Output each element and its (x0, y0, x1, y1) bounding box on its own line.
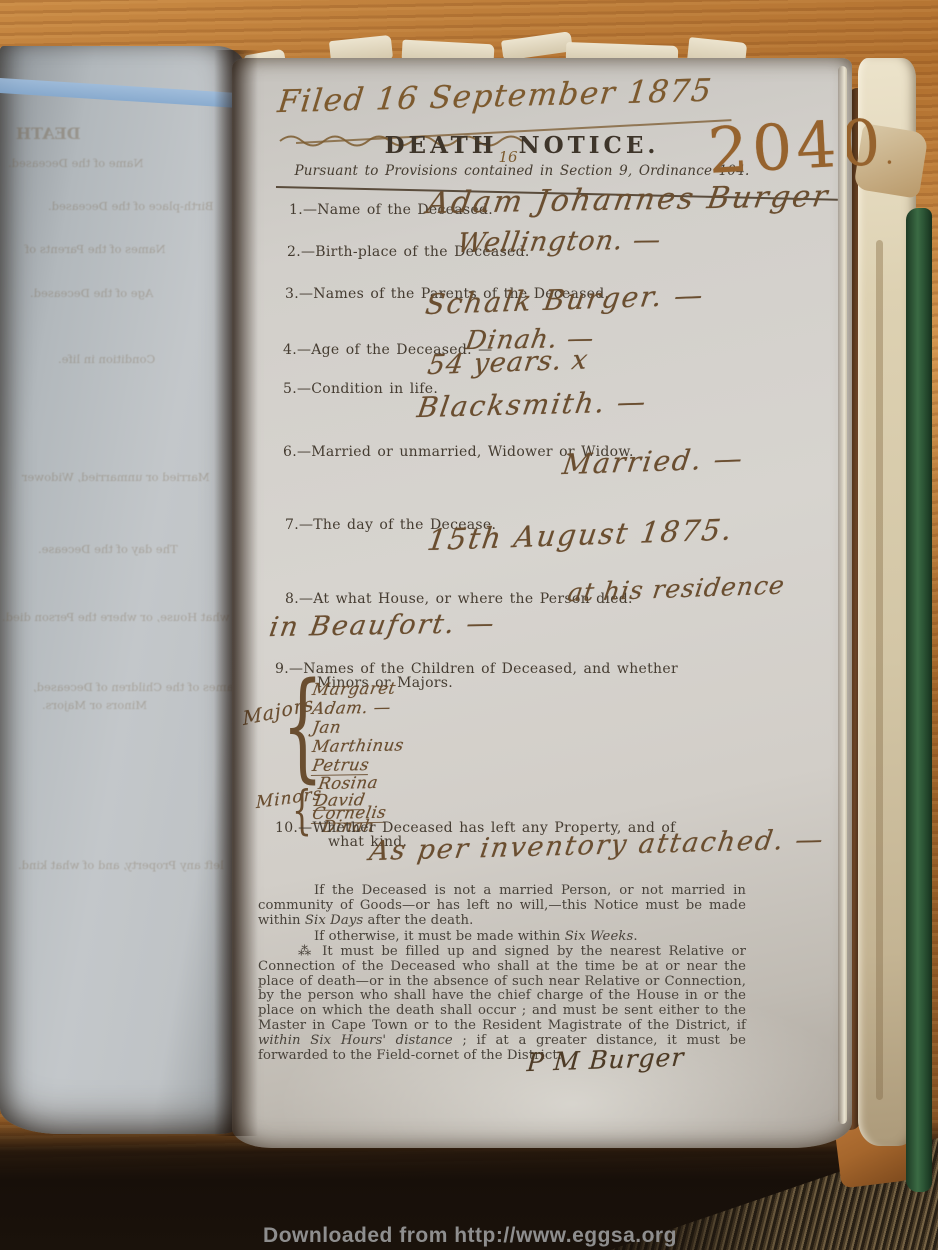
torn-edge-streak (876, 240, 883, 1100)
item5-label: 5.—Condition in life. (283, 381, 438, 397)
paragraph-text: . (633, 929, 637, 944)
blue-paper-stripe (0, 78, 246, 108)
child-name-major: Jan (311, 718, 343, 738)
ghost-text: Married or unmarried, Widower (22, 470, 210, 484)
ghost-text: DEATH (16, 124, 81, 143)
child-name-major: Margaret (311, 679, 397, 700)
ghost-text: The day of the Decease. (38, 542, 178, 556)
notice-paragraph-2: If otherwise, it must be made within Six… (258, 930, 746, 945)
ghost-text: Birth-place of the Deceased. (48, 199, 214, 213)
form-title: DEATH16NOTICE. (372, 132, 672, 159)
ghost-text: Condition in life. (58, 352, 155, 366)
watermark-text: Downloaded from http://www.eggsa.org (200, 1224, 740, 1248)
asterism-mark: ⁂ (298, 944, 315, 959)
reference-number-digits: 2040 (706, 106, 886, 188)
paragraph-text: after the death. (363, 913, 473, 928)
child-name-major: Marthinus (311, 735, 405, 756)
notice-paragraph-1: If the Deceased is not a married Person,… (258, 884, 746, 928)
torn-paper-edge (501, 31, 573, 61)
paragraph-text: It must be filled up and signed by the n… (258, 944, 746, 1033)
form-title-word1: DEATH (385, 132, 498, 159)
item8-answer-line1: at his residence (566, 570, 787, 607)
paragraph-emphasis: within Six Hours' distance (258, 1033, 453, 1048)
ghost-text: At what House, or where the Person died. (2, 610, 246, 624)
paragraph-text: If otherwise, it must be made within (314, 929, 565, 944)
item2-answer: Wellington. — (455, 224, 664, 259)
page-right-torn-edge (838, 66, 847, 1124)
ghost-text: Names of the Children of Deceased, (33, 680, 244, 694)
item3-answer-father: Schalk Burger. — (423, 278, 707, 321)
paragraph-emphasis: Six Weeks (565, 929, 634, 944)
ghost-text: Name of the Deceased. (8, 156, 143, 170)
child-name-major: Adam. — (311, 698, 392, 718)
left-facing-page: DEATH Name of the Deceased. Birth-place … (0, 46, 246, 1134)
green-book-cover (906, 208, 932, 1192)
reference-number-period: . (884, 140, 898, 171)
item8-answer-line2: in Beaufort. — (267, 608, 498, 643)
item6-answer: Married. — (560, 442, 746, 482)
photo-of-death-notice-book: DEATH Name of the Deceased. Birth-place … (0, 0, 938, 1250)
form-title-word2: NOTICE. (519, 132, 660, 159)
ghost-text: Age of the Deceased. (30, 286, 153, 300)
death-notice-page: Filed 16 September 1875 DEATH16NOTICE. P… (232, 58, 852, 1148)
filed-annotation: Filed 16 September 1875 (276, 73, 715, 120)
ghost-text: left any Property, and of what kind. (18, 858, 224, 872)
item4-answer: 54 years. x (426, 344, 591, 381)
ghost-text: Names of the Parents of (25, 242, 166, 256)
reference-number: 2040. (706, 105, 898, 188)
ghost-text: Minors or Majors. (42, 698, 147, 712)
paragraph-emphasis: Six Days (305, 913, 363, 928)
signature: P M Burger (526, 1043, 685, 1078)
item1-answer: Adam Johannes Burger (424, 179, 832, 221)
item5-answer: Blacksmith. — (415, 385, 650, 424)
form-subtitle: Pursuant to Provisions contained in Sect… (292, 163, 752, 179)
